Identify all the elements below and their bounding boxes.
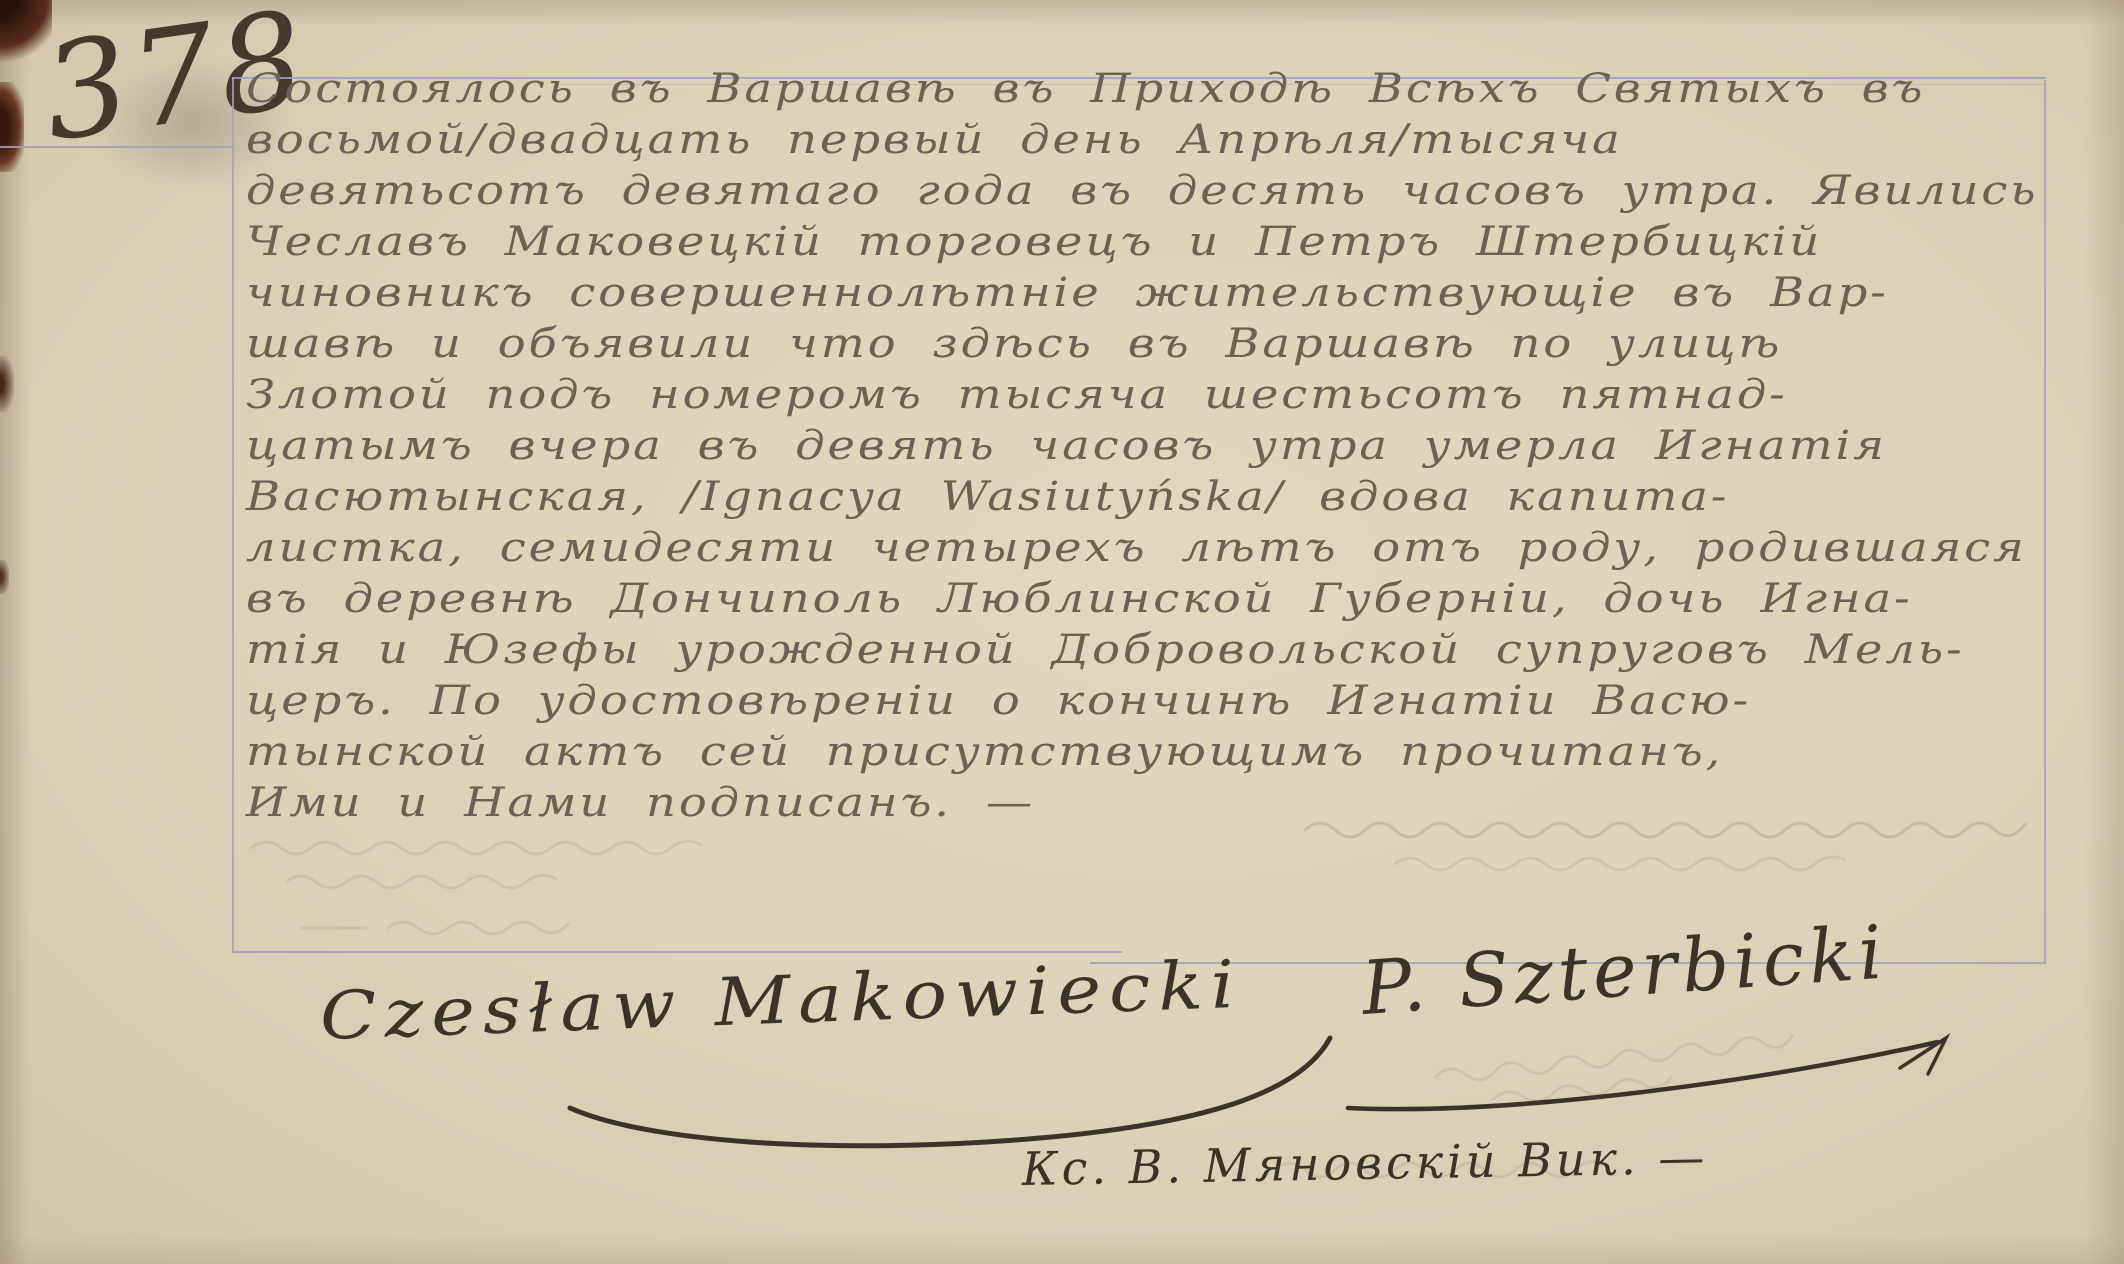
scan-edge-blot: [0, 82, 24, 172]
signature-flourish-szterbicki: [1340, 1022, 1990, 1122]
box-border-bottom-left-segment: [232, 951, 1122, 953]
pencil-ghost-mark: [1390, 846, 1870, 876]
pencil-ghost-mark: [246, 830, 716, 900]
act-line: Злотой подъ номеромъ тысяча шестьсотъ пя…: [246, 370, 2056, 421]
record-number: 378: [36, 0, 272, 161]
pencil-ghost-mark: [300, 912, 600, 942]
act-line: тынской актъ сей присутствующимъ прочита…: [246, 727, 2056, 778]
pencil-ghost-mark: [1300, 808, 2050, 844]
act-text: Состоялось въ Варшавѣ въ Приходѣ Всѣхъ С…: [246, 64, 1806, 829]
act-line: церъ. По удостовѣреніи о кончинѣ Игнатіи…: [246, 676, 2056, 727]
margin-rule: [0, 146, 232, 148]
scan-edge-blot: [0, 356, 14, 412]
act-line: Чеславъ Маковецкій торговецъ и Петръ Ште…: [246, 217, 2056, 268]
act-line: въ деревнѣ Дончиполь Люблинской Губерніи…: [246, 574, 2056, 625]
act-line: девятьсотъ девятаго года въ десять часов…: [246, 166, 2056, 217]
box-border-left: [232, 77, 234, 953]
scan-edge-blot: [0, 560, 9, 594]
act-line: цатымъ вчера въ девять часовъ утра умерл…: [246, 421, 2056, 472]
register-page-scan: 378 Состоялось въ Варшавѣ въ Приходѣ Всѣ…: [0, 0, 2124, 1264]
act-line: восьмой/двадцать первый день Апрѣля/тыся…: [246, 115, 2056, 166]
act-line: тія и Юзефы урожденной Добровольской суп…: [246, 625, 2056, 676]
act-line: шавѣ и объявили что здѣсь въ Варшавѣ по …: [246, 319, 2056, 370]
act-line: листка, семидесяти четырехъ лѣтъ отъ род…: [246, 523, 2056, 574]
act-line: чиновникъ совершеннолѣтніе жительствующі…: [246, 268, 2056, 319]
act-line: Состоялось въ Варшавѣ въ Приходѣ Всѣхъ С…: [246, 64, 2056, 115]
act-line: Васютынская, /Ignacya Wasiutyńska/ вдова…: [246, 472, 2056, 523]
